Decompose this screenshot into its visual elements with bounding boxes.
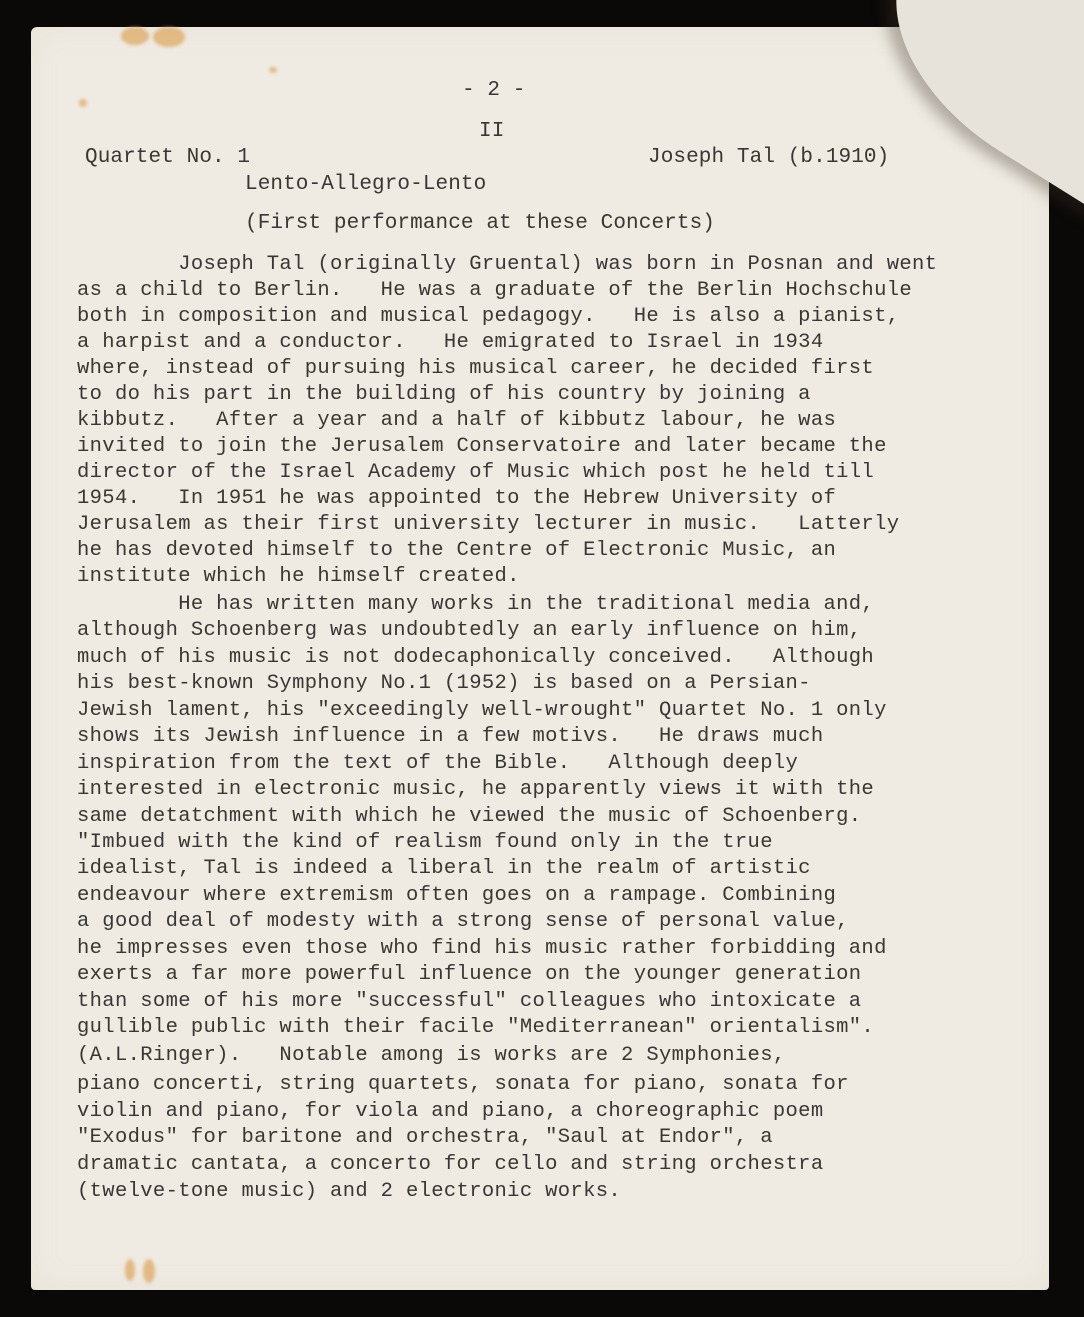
- body-line: "Exodus" for baritone and orchestra, "Sa…: [77, 1126, 773, 1149]
- body-line: than some of his more "successful" colle…: [77, 990, 861, 1013]
- composer-name: Joseph Tal (b.1910): [648, 146, 889, 169]
- body-line: idealist, Tal is indeed a liberal in the…: [77, 857, 811, 880]
- body-line: shows its Jewish influence in a few moti…: [77, 725, 823, 748]
- body-line: violin and piano, for viola and piano, a…: [77, 1100, 823, 1123]
- body-line: his best-known Symphony No.1 (1952) is b…: [77, 672, 811, 695]
- body-line: gullible public with their facile "Medit…: [77, 1016, 874, 1039]
- body-line: (A.L.Ringer). Notable among is works are…: [77, 1044, 786, 1067]
- body-line: interested in electronic music, he appar…: [77, 778, 874, 801]
- section-numeral: II: [479, 120, 504, 143]
- body-line: a good deal of modesty with a strong sen…: [77, 910, 849, 933]
- body-line: as a child to Berlin. He was a graduate …: [77, 279, 912, 302]
- body-line: dramatic cantata, a concerto for cello a…: [77, 1153, 823, 1176]
- body-line: same detatchment with which he viewed th…: [77, 805, 861, 828]
- movements: Lento-Allegro-Lento: [245, 173, 486, 196]
- body-line: invited to join the Jerusalem Conservato…: [77, 435, 887, 458]
- body-line: institute which he himself created.: [77, 565, 520, 588]
- body-line: exerts a far more powerful influence on …: [77, 963, 861, 986]
- performance-note: (First performance at these Concerts): [245, 212, 715, 235]
- body-line: "Imbued with the kind of realism found o…: [77, 831, 773, 854]
- stain: [79, 99, 87, 107]
- work-title: Quartet No. 1: [85, 146, 250, 169]
- body-line: (twelve-tone music) and 2 electronic wor…: [77, 1180, 621, 1203]
- stain: [125, 1259, 135, 1281]
- stain: [269, 67, 277, 73]
- body-line: where, instead of pursuing his musical c…: [77, 357, 874, 380]
- body-line: he impresses even those who find his mus…: [77, 937, 887, 960]
- page-number: - 2 -: [462, 79, 526, 102]
- body-line: 1954. In 1951 he was appointed to the He…: [77, 487, 836, 510]
- body-line: Joseph Tal (originally Gruental) was bor…: [77, 253, 937, 276]
- stain: [153, 27, 185, 47]
- body-line: to do his part in the building of his co…: [77, 383, 811, 406]
- body-line: Jerusalem as their first university lect…: [77, 513, 899, 536]
- body-line: endeavour where extremism often goes on …: [77, 884, 836, 907]
- body-line: both in composition and musical pedagogy…: [77, 305, 899, 328]
- body-line: kibbutz. After a year and a half of kibb…: [77, 409, 836, 432]
- body-line: he has devoted himself to the Centre of …: [77, 539, 836, 562]
- body-line: He has written many works in the traditi…: [77, 593, 874, 616]
- stain: [143, 1259, 155, 1283]
- body-line: although Schoenberg was undoubtedly an e…: [77, 619, 861, 642]
- stain: [121, 27, 149, 45]
- body-line: inspiration from the text of the Bible. …: [77, 752, 798, 775]
- body-line: piano concerti, string quartets, sonata …: [77, 1073, 849, 1096]
- body-line: director of the Israel Academy of Music …: [77, 461, 874, 484]
- body-line: much of his music is not dodecaphonicall…: [77, 646, 874, 669]
- body-line: a harpist and a conductor. He emigrated …: [77, 331, 823, 354]
- body-line: Jewish lament, his "exceedingly well-wro…: [77, 699, 887, 722]
